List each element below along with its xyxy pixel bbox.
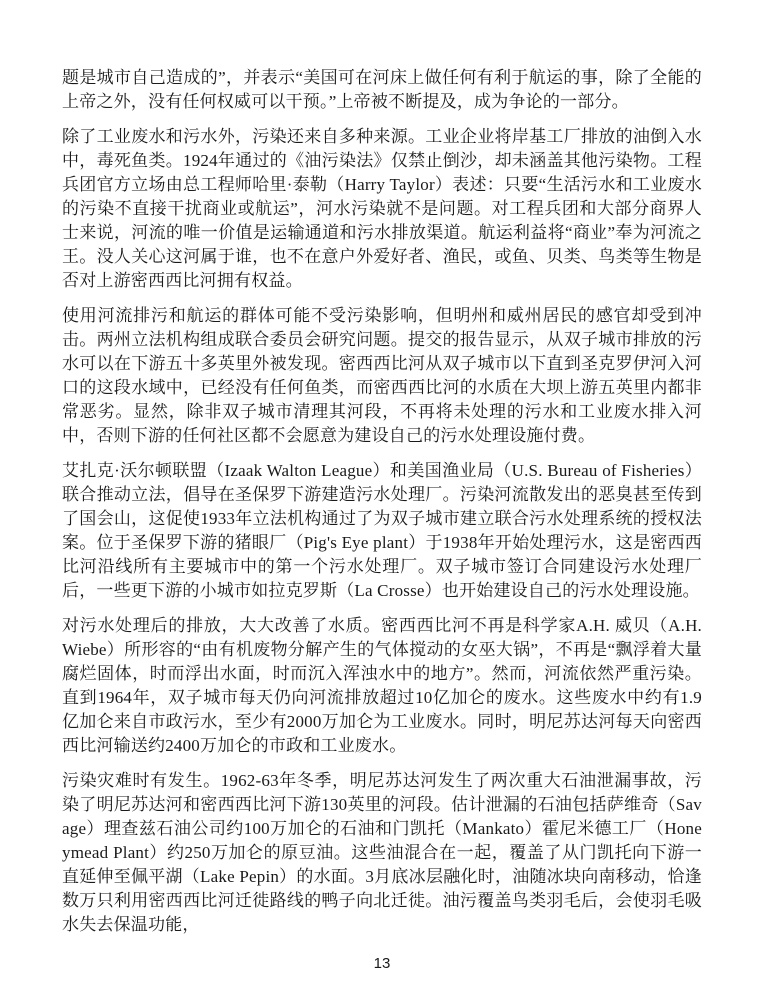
paragraph: 艾扎克·沃尔顿联盟（Izaak Walton League）和美国渔业局（U.S… (62, 459, 702, 603)
page-body: 题是城市自己造成的”，并表示“美国可在河床上做任何有利于航运的事，除了全能的上帝… (62, 66, 702, 937)
paragraph: 污染灾难时有发生。1962-63年冬季，明尼苏达河发生了两次重大石油泄漏事故，污… (62, 769, 702, 937)
paragraph-continuation: 题是城市自己造成的”，并表示“美国可在河床上做任何有利于航运的事，除了全能的上帝… (62, 66, 702, 114)
paragraph: 使用河流排污和航运的群体可能不受污染影响，但明州和威州居民的感官却受到冲击。两州… (62, 304, 702, 448)
paragraph: 除了工业废水和污水外，污染还来自多种来源。工业企业将岸基工厂排放的油倒入水中，毒… (62, 125, 702, 293)
paragraph: 对污水处理后的排放，大大改善了水质。密西西比河不再是科学家A.H. 威贝（A.H… (62, 614, 702, 758)
page-number: 13 (0, 955, 764, 972)
document-page: 题是城市自己造成的”，并表示“美国可在河床上做任何有利于航运的事，除了全能的上帝… (0, 0, 764, 1000)
